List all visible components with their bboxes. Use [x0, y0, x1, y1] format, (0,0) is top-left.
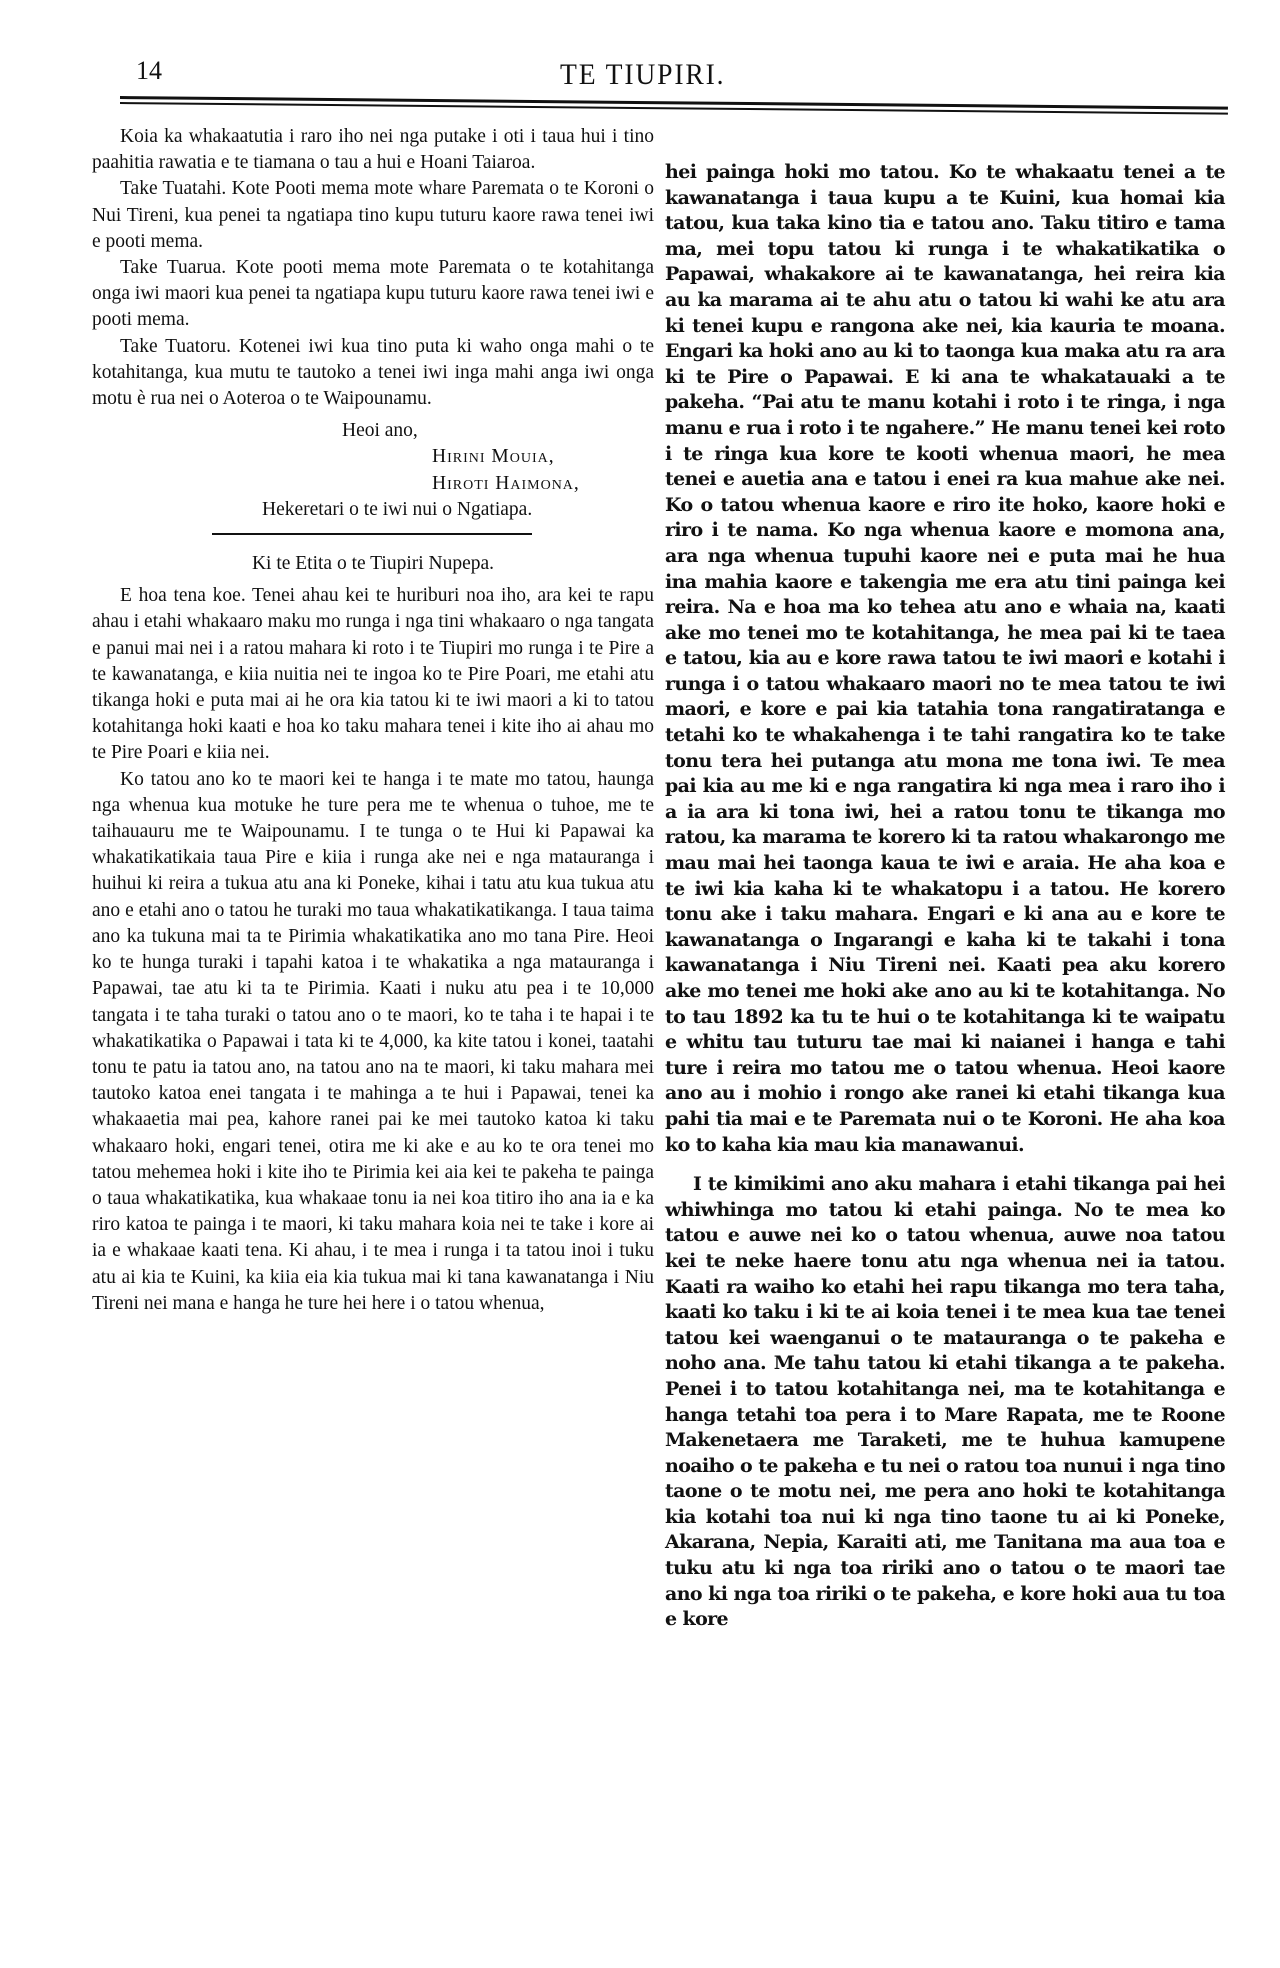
left-column: Koia ka whakaatutia i raro iho nei nga p… — [92, 124, 654, 1317]
masthead-title: TE TIUPIRI. — [560, 58, 725, 92]
paragraph: Ko tatou ano ko te maori kei te hanga i … — [92, 767, 654, 1317]
page-number: 14 — [136, 56, 162, 86]
paragraph: Take Tuatoru. Kotenei iwi kua tino puta … — [92, 334, 654, 413]
signoff: Heoi ano, — [342, 418, 654, 444]
paragraph: Take Tuatahi. Kote Pooti mema mote whare… — [92, 176, 654, 255]
paragraph: Take Tuarua. Kote pooti mema mote Parema… — [92, 255, 654, 334]
paragraph: I te kimikimi ano aku mahara i etahi tik… — [665, 1172, 1225, 1633]
paragraph: Koia ka whakaatutia i raro iho nei nga p… — [92, 124, 654, 176]
paragraph-gap — [665, 1158, 1225, 1172]
letter-heading: Ki te Etita o te Tiupiri Nupepa. — [92, 551, 654, 577]
right-column: hei painga hoki mo tatou. Ko te whakaatu… — [665, 160, 1225, 1633]
section-divider — [212, 533, 532, 535]
paragraph: hei painga hoki mo tatou. Ko te whakaatu… — [665, 160, 1225, 1158]
signatory: Hiroti Haimona, — [432, 471, 654, 497]
paragraph: E hoa tena koe. Tenei ahau kei te huribu… — [92, 583, 654, 766]
signatory-role: Hekeretari o te iwi nui o Ngatiapa. — [262, 497, 654, 523]
signatory: Hirini Mouia, — [432, 444, 654, 470]
